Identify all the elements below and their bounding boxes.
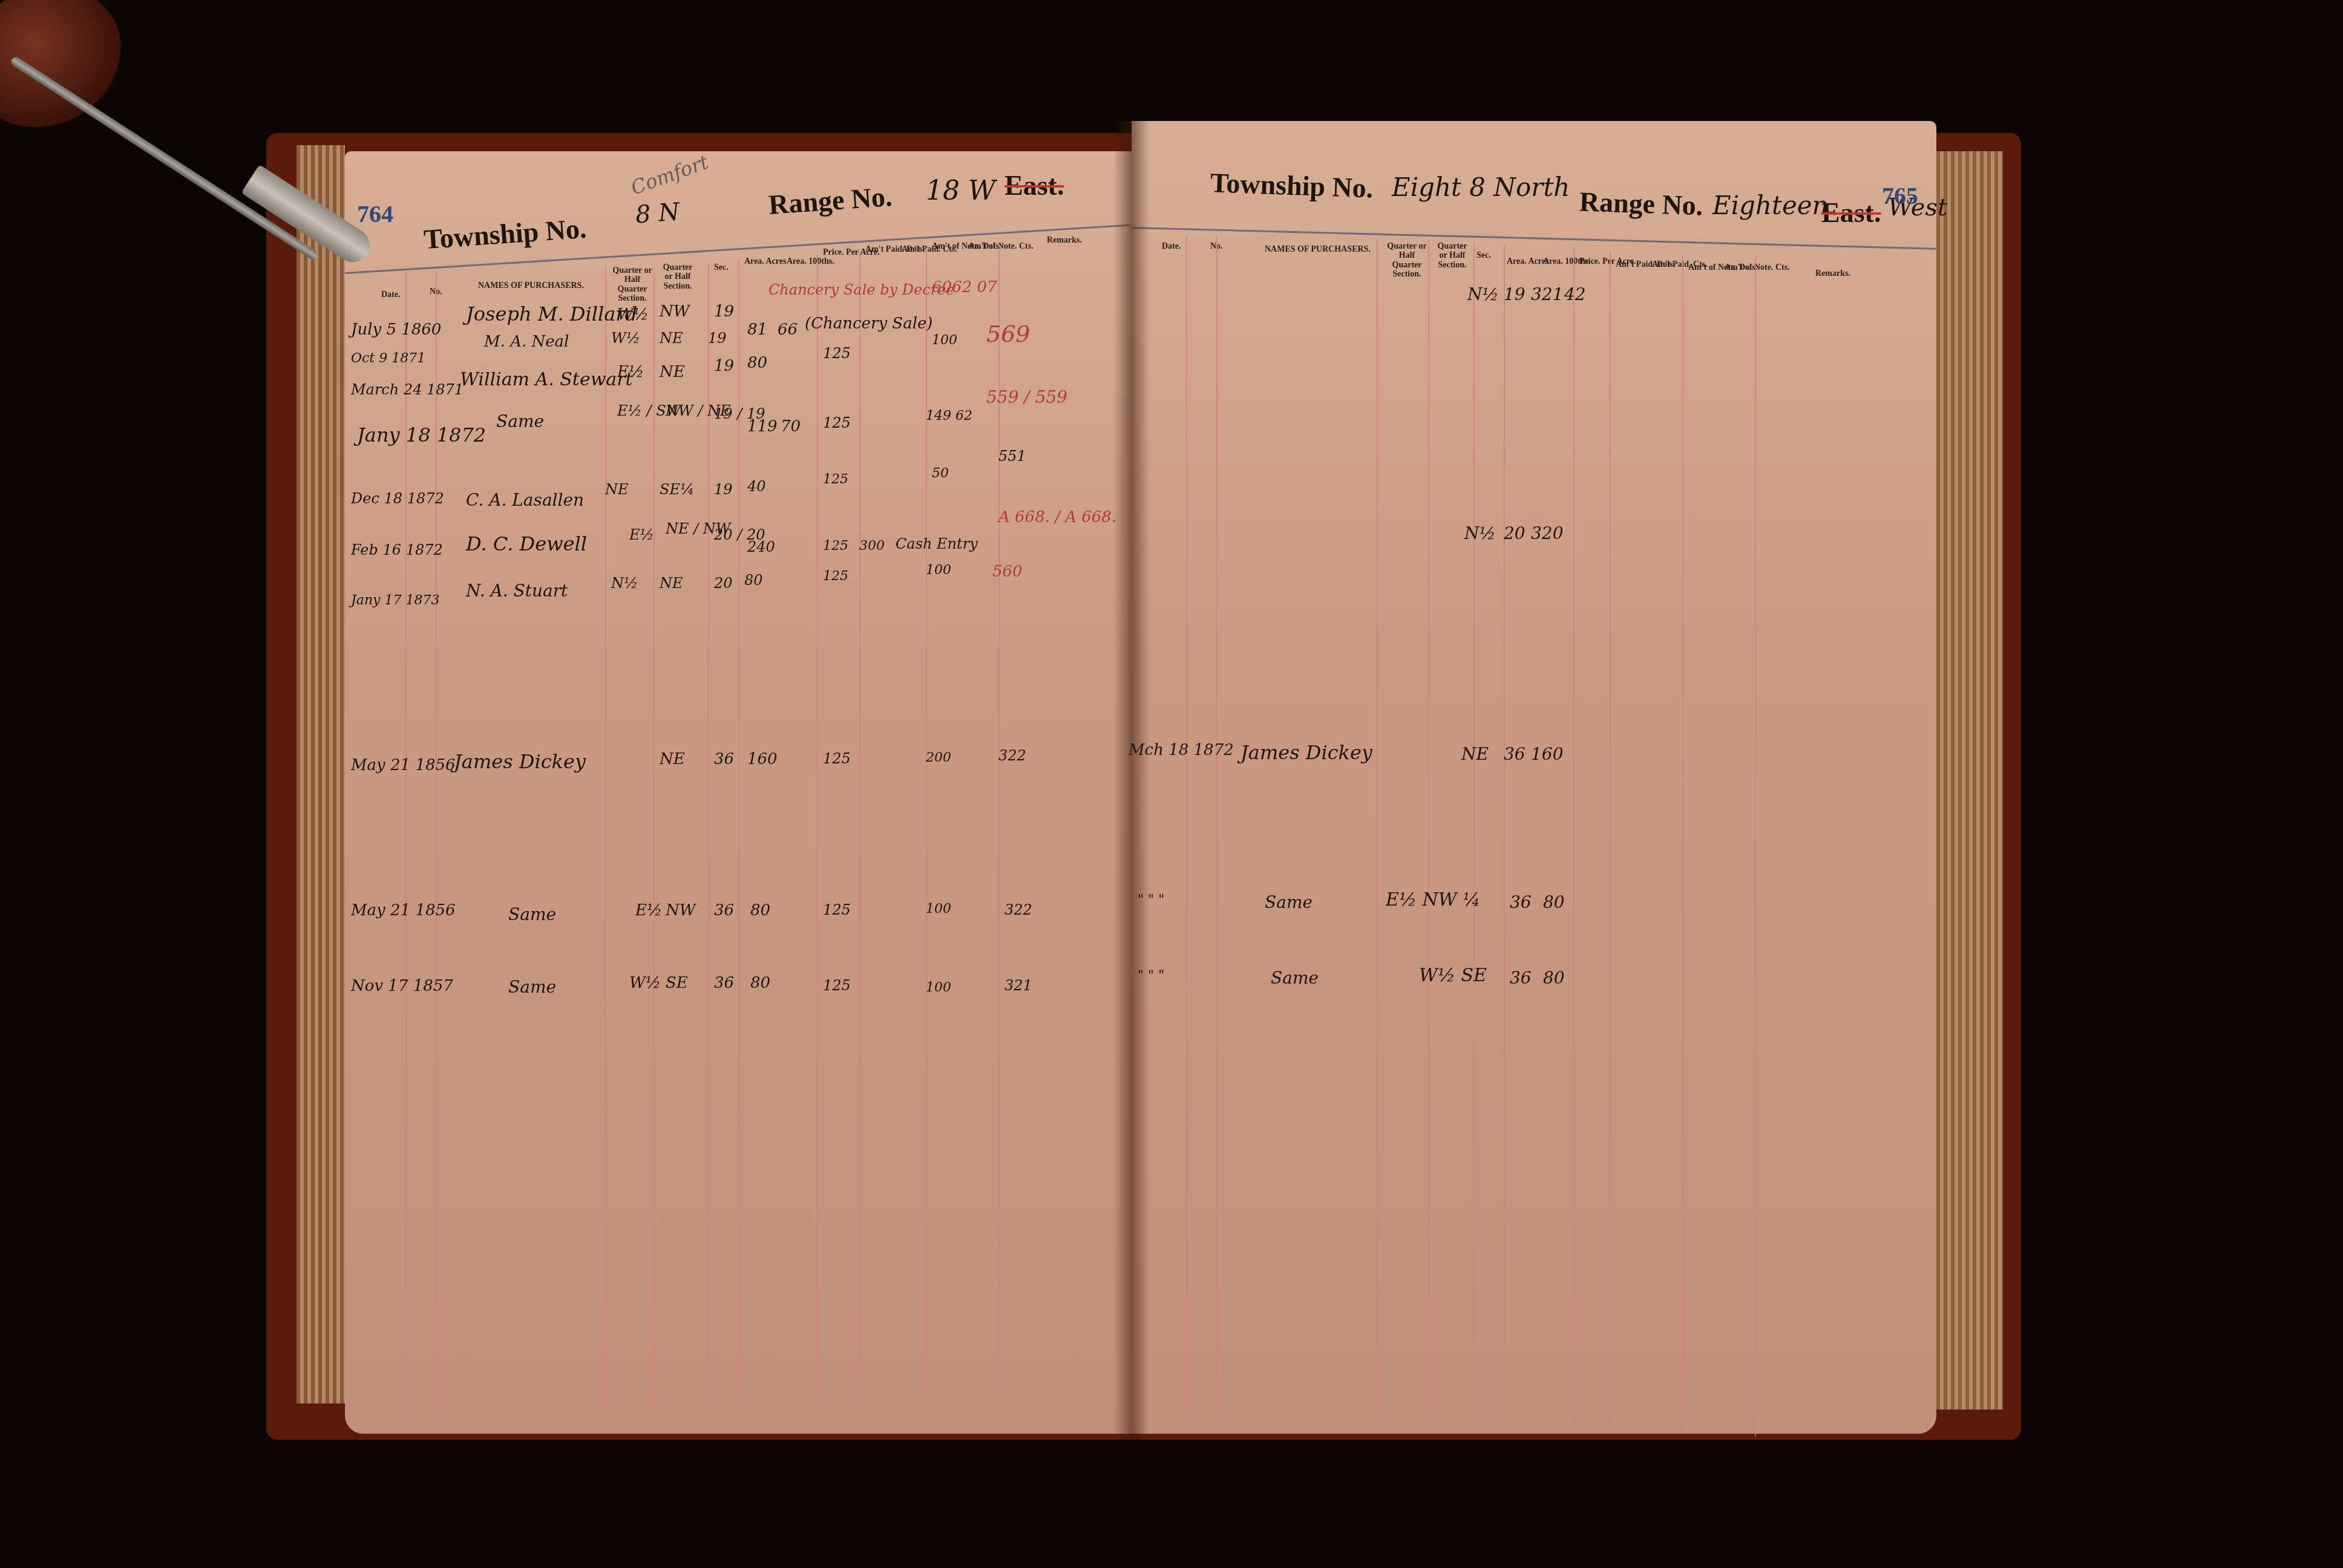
column-rule <box>817 254 818 1403</box>
col-date: Date. <box>381 290 401 299</box>
column-rule <box>738 260 739 1410</box>
right-page: Township No. Eight 8 North Range No. Eig… <box>1132 121 1936 1434</box>
column-rule <box>1186 236 1187 1416</box>
column-rule <box>1428 239 1429 1419</box>
township-pencil-note: Comfort <box>628 150 712 199</box>
column-rule <box>708 263 709 1413</box>
col-area-acres: Area. Acres <box>744 257 786 266</box>
column-rule <box>605 266 606 1416</box>
range-label: Range No. <box>1579 185 1703 221</box>
col-qh: Quarter or Half Section. <box>1434 242 1470 270</box>
col-qhq: Quarter or Half Quarter Section. <box>611 266 654 304</box>
range-label: Range No. <box>767 180 893 221</box>
column-rule <box>998 242 1000 1391</box>
col-sec: Sec. <box>714 263 729 272</box>
column-rule <box>654 266 655 1416</box>
col-remarks: Remarks. <box>1047 236 1082 245</box>
col-names: NAMES OF PURCHASERS. <box>1265 245 1371 254</box>
township-label: Township No. <box>1210 166 1374 204</box>
column-rule <box>1216 236 1217 1416</box>
page-number: 765 <box>1882 181 1918 210</box>
annotation-amount: 6062 07 <box>932 278 997 296</box>
annotation-red: Chancery Sale by Decree <box>768 281 954 298</box>
direction-printed: East. <box>1821 197 1881 229</box>
col-date: Date. <box>1162 242 1181 251</box>
range-value: 18 W <box>926 175 995 206</box>
left-page: 764 Township No. 8 N Comfort Range No. 1… <box>345 151 1132 1434</box>
col-qh: Quarter or Half Section. <box>660 263 696 291</box>
column-rule <box>1573 248 1575 1428</box>
col-area-hundredths: Area. 100ths. <box>787 257 834 266</box>
header-rule <box>1132 227 1936 250</box>
book-gutter <box>1113 121 1150 1440</box>
right-page-edges <box>1936 151 2003 1410</box>
township-label: Township No. <box>422 212 587 256</box>
col-note-cts: Am't of Note. Cts. <box>1725 263 1790 272</box>
page-number: 764 <box>357 200 393 228</box>
range-value: Eighteen <box>1712 191 1829 220</box>
column-rule <box>1682 254 1683 1434</box>
direction-printed: East. <box>1004 169 1064 201</box>
col-remarks: Remarks. <box>1815 269 1850 278</box>
left-page-edges <box>297 145 345 1403</box>
column-rule <box>1610 251 1611 1431</box>
column-rule <box>859 251 860 1400</box>
col-sec: Sec. <box>1476 251 1491 260</box>
township-value: 8 N <box>634 198 680 229</box>
col-names: NAMES OF PURCHASERS. <box>478 281 584 290</box>
column-rule <box>1504 245 1505 1425</box>
column-rule <box>1755 257 1756 1437</box>
column-rule <box>1473 242 1475 1422</box>
col-note-cts: Am't of Note. Cts. <box>968 242 1034 251</box>
column-rule <box>1377 239 1378 1419</box>
col-qhq: Quarter or Half Quarter Section. <box>1386 242 1428 279</box>
township-value: Eight 8 North <box>1392 172 1570 202</box>
